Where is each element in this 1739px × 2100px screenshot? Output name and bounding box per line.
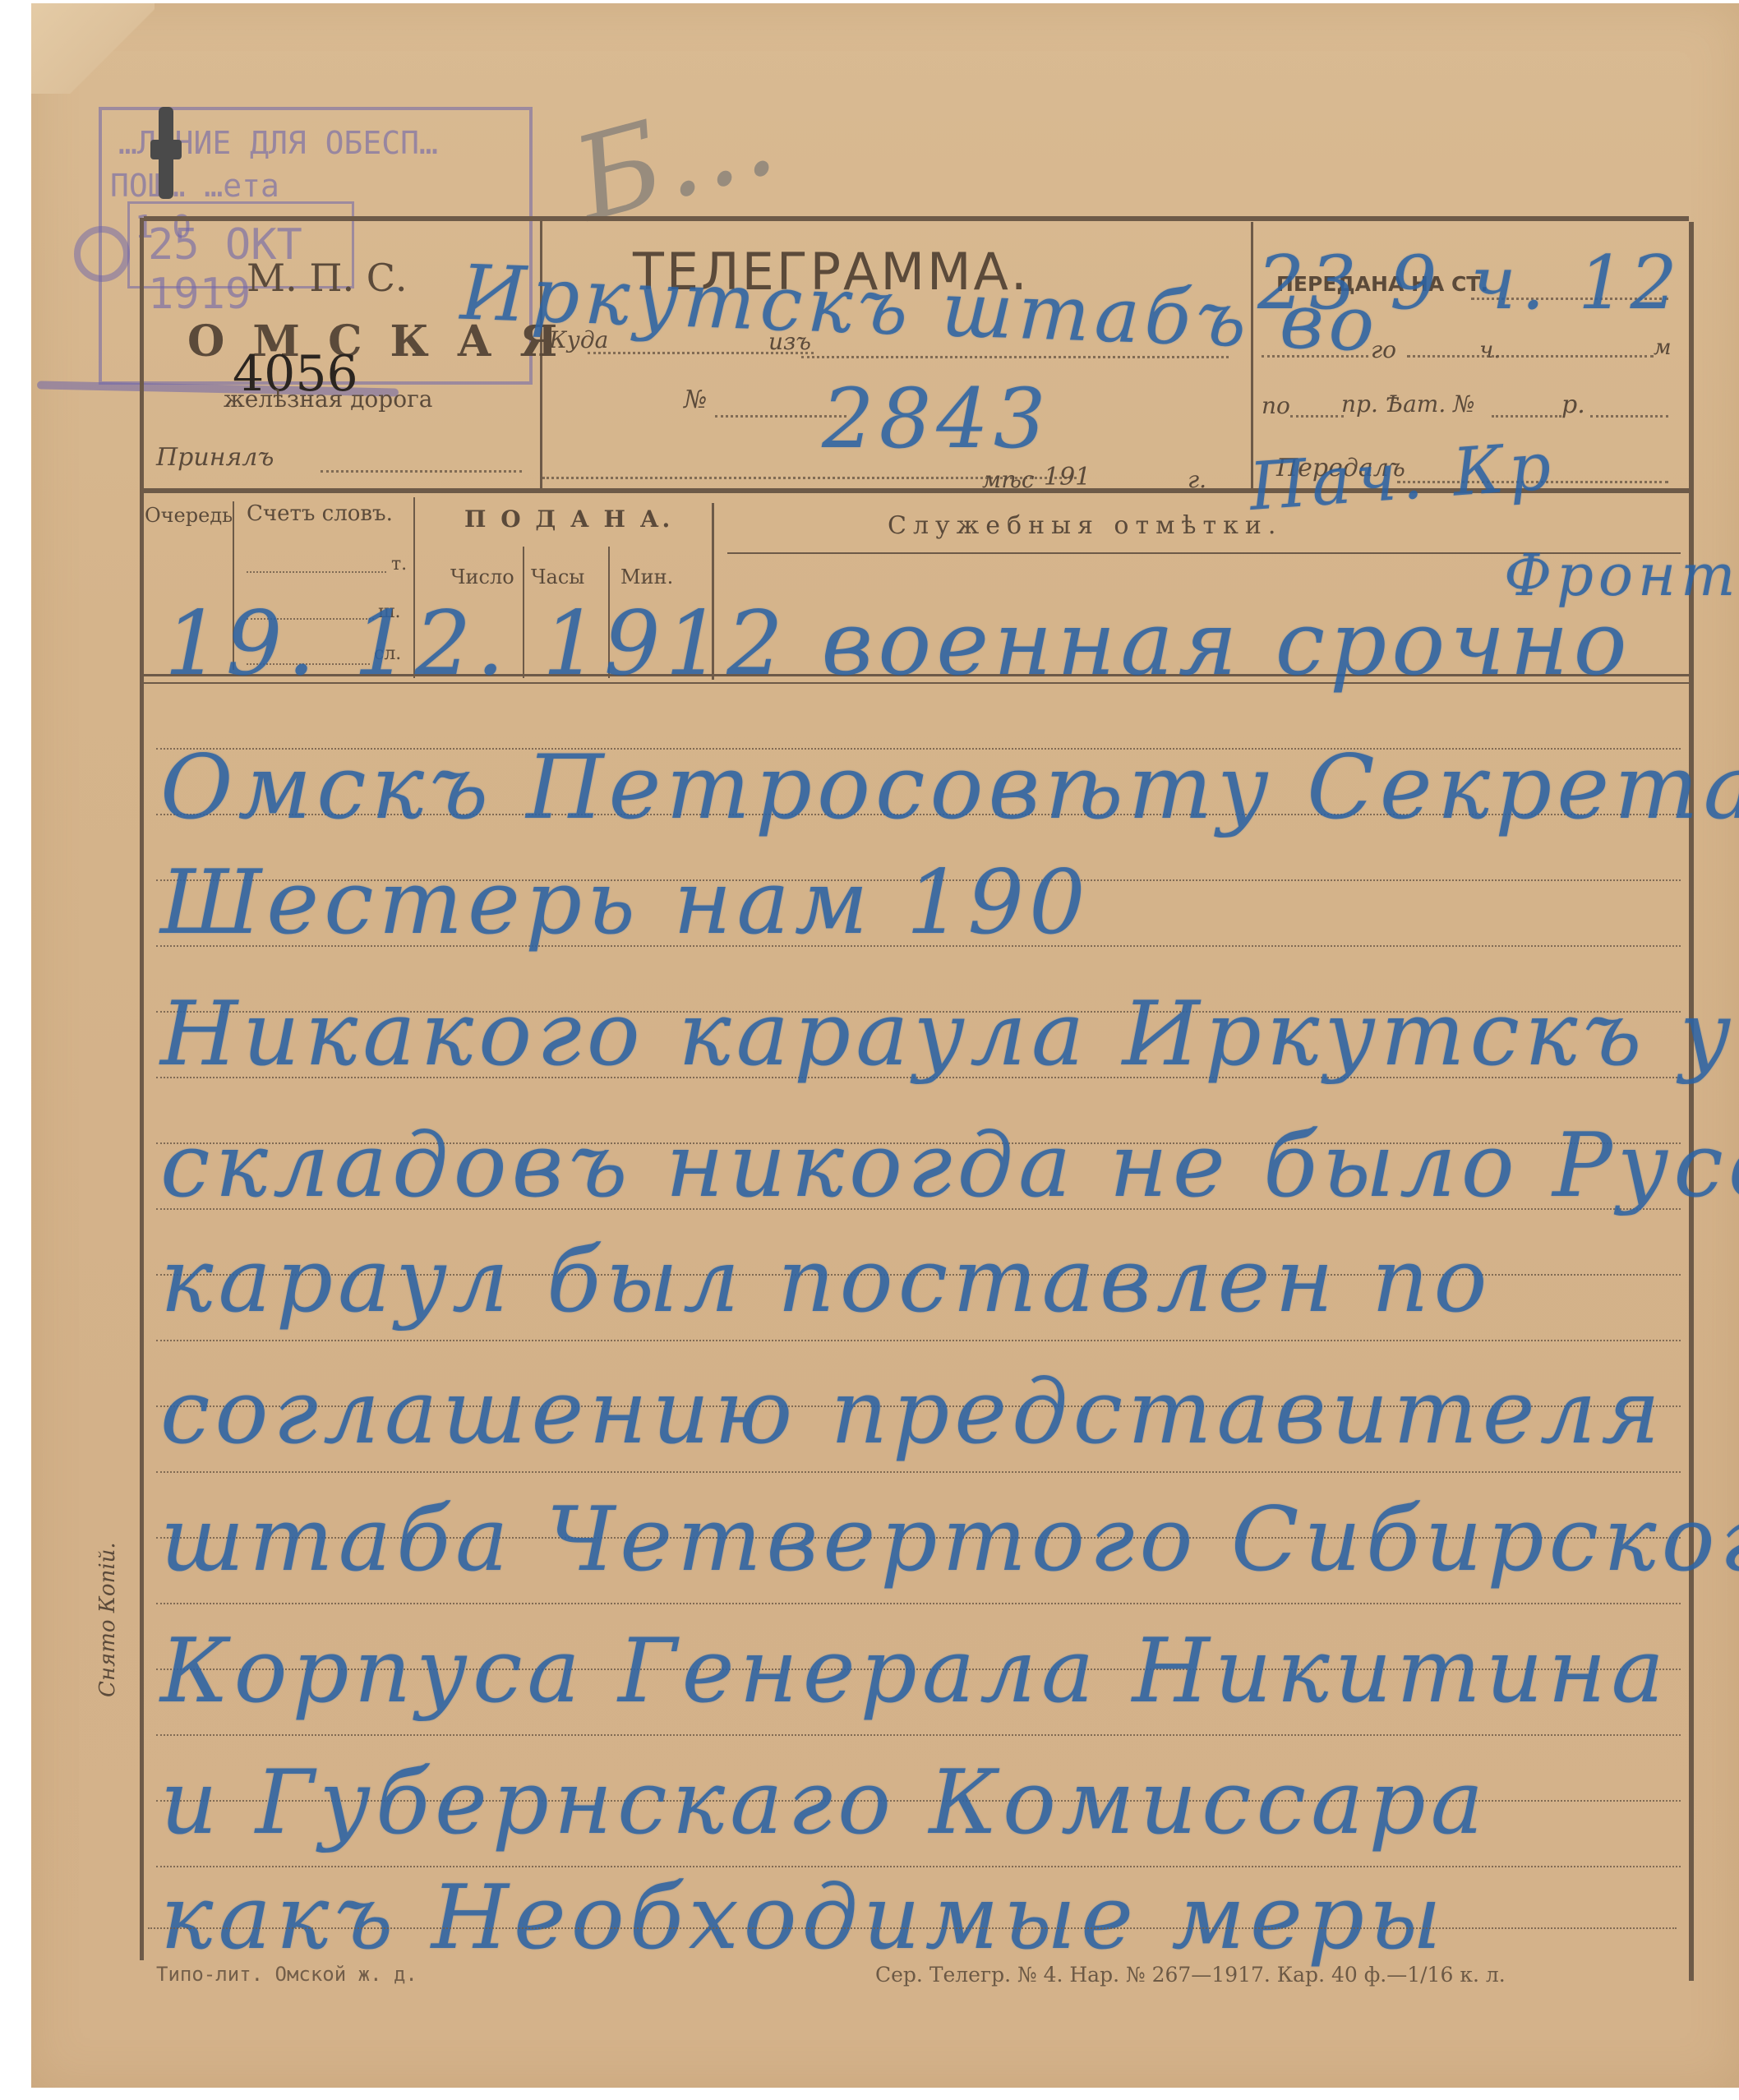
year-prefix: 191: [1044, 465, 1091, 490]
word-count-label: Счетъ словъ.: [247, 503, 393, 524]
binder-hole-cross-icon: [150, 140, 182, 159]
handwritten-body-line: какъ Необходимые меры: [160, 1874, 1446, 1963]
handwritten-body-line: 19. 12. 1912 военная срочно: [164, 600, 1632, 689]
handwritten-body-line: и Губернскаго Комиссара: [160, 1759, 1488, 1848]
submitted-col-hours: Часы: [531, 567, 584, 587]
ministry-label: М. П. С.: [247, 259, 408, 297]
submitted-col-minutes: Мин.: [620, 567, 673, 587]
service-notes-label: Служебныя отмѣтки.: [888, 514, 1282, 538]
form-top-rule: [144, 216, 1689, 221]
form-right-border: [1689, 222, 1694, 1981]
handwritten-body-line: складовъ никогда не было Русский: [160, 1122, 1739, 1211]
received-label: Принялъ: [156, 445, 274, 470]
handwritten-transmission-info: 23 9 ч. 12: [1257, 247, 1682, 321]
ruled-dotted-line: [156, 1734, 1681, 1736]
word-count-t: т.: [391, 556, 407, 574]
apparatus-dotted-line: [1492, 415, 1561, 418]
r-dotted-line: [1590, 415, 1668, 418]
word-count-t-line: [247, 571, 386, 573]
copies-taken-note: Снято Копій.: [97, 1542, 118, 1697]
circle-stamp-icon: [74, 226, 130, 282]
month-label: мѣс: [982, 468, 1035, 492]
footer-dotted-line: [148, 1927, 1677, 1929]
year-suffix: г.: [1188, 468, 1206, 492]
form-series-info: Сер. Телегр. № 4. Нар. № 267—1917. Кар. …: [875, 1964, 1506, 1985]
received-dotted-line: [321, 470, 522, 473]
hour-label: ч.: [1479, 339, 1501, 362]
handwritten-body-line: штаба Четвертого Сибирского: [160, 1496, 1739, 1585]
ruled-dotted-line: [156, 1471, 1681, 1473]
r-label: р.: [1561, 393, 1585, 418]
by-label: по: [1262, 395, 1290, 418]
handwritten-body-line: Шестерь нам 190: [160, 859, 1091, 948]
form-left-border: [140, 218, 144, 1960]
apparatus-label: пр. Ѣат. №: [1341, 393, 1475, 416]
ruled-dotted-line: [156, 1603, 1681, 1604]
queue-label: Очередь: [145, 505, 233, 525]
submitted-label: П О Д А Н А.: [464, 508, 673, 531]
handwritten-number: 2843: [822, 378, 1051, 460]
stamp-line-2: ПОШ… …ета: [110, 168, 279, 204]
by-dotted-line: [1290, 415, 1344, 418]
handwritten-body-line: караул был поставлен по: [160, 1237, 1492, 1326]
submitted-col-day: Число: [450, 567, 514, 587]
minute-label: м: [1654, 337, 1672, 358]
hour-dotted-line: [1407, 355, 1654, 358]
handwritten-body-line: Корпуса Генерала Никитина: [160, 1627, 1669, 1716]
folded-corner: [31, 3, 155, 94]
printer-imprint: Типо-лит. Омской ж. д.: [156, 1964, 417, 1984]
handwritten-body-line: Никакого караула Иркутскъ у: [160, 990, 1736, 1079]
ruled-dotted-line: [156, 1340, 1681, 1341]
railway-sub-label: желѣзная дорога: [224, 388, 432, 411]
number-label: №: [684, 388, 707, 413]
handwritten-body-line: Омскъ Петросовѣту Секретарь: [160, 744, 1739, 833]
handwritten-body-line: соглашению представителя: [160, 1368, 1665, 1457]
